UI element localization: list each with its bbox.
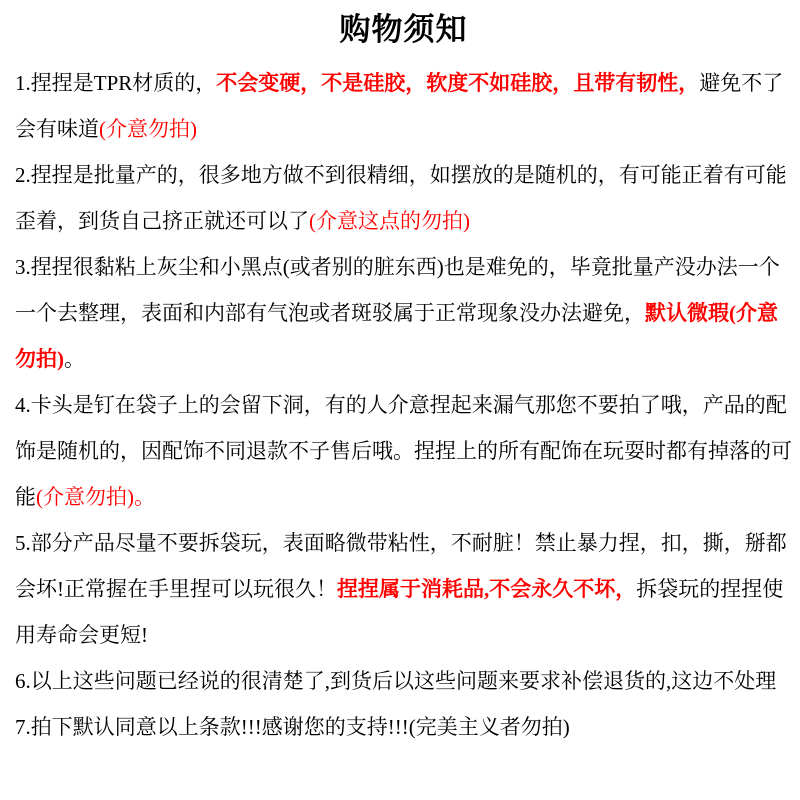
notice-item-5: 5.部分产品尽量不要拆袋玩，表面略微带粘性，不耐脏！禁止暴力捏，扣，撕，掰都会坏…	[15, 520, 792, 658]
page-title: 购物须知	[15, 10, 792, 50]
shopping-notice-page: 购物须知 1.捏捏是TPR材质的，不会变硬，不是硅胶，软度不如硅胶，且带有韧性，…	[0, 0, 800, 800]
notice-2-disclaimer: (介意这点的勿拍)	[309, 209, 470, 233]
notice-item-4: 4.卡头是钉在袋子上的会留下洞，有的人介意捏起来漏气那您不要拍了哦，产品的配饰是…	[15, 382, 792, 520]
notice-7-text: 7.拍下默认同意以上条款!!!感谢您的支持!!!(完美主义者勿拍)	[15, 715, 570, 739]
notice-item-2: 2.捏捏是批量产的，很多地方做不到很精细，如摆放的是随机的，有可能正着有可能歪着…	[15, 152, 792, 244]
notice-item-7: 7.拍下默认同意以上条款!!!感谢您的支持!!!(完美主义者勿拍)	[15, 704, 792, 750]
notice-6-text: 6.以上这些问题已经说的很清楚了,到货后以这些问题来要求补偿退货的,这边不处理	[15, 669, 776, 693]
notice-4-disclaimer: (介意勿拍)。	[36, 485, 155, 509]
notice-1-warning: 不会变硬，不是硅胶，软度不如硅胶，且带有韧性，	[216, 71, 699, 95]
notice-5-warning: 捏捏属于消耗品,不会永久不坏，	[337, 577, 636, 601]
notice-3-period: 。	[64, 347, 85, 371]
notice-item-3: 3.捏捏很黏粘上灰尘和小黑点(或者别的脏东西)也是难免的，毕竟批量产没办法一个一…	[15, 244, 792, 382]
notice-item-1: 1.捏捏是TPR材质的，不会变硬，不是硅胶，软度不如硅胶，且带有韧性，避免不了会…	[15, 60, 792, 152]
notice-1-text: 1.捏捏是TPR材质的，	[15, 71, 216, 95]
notice-1-disclaimer: (介意勿拍)	[99, 117, 197, 141]
notice-item-6: 6.以上这些问题已经说的很清楚了,到货后以这些问题来要求补偿退货的,这边不处理	[15, 658, 792, 704]
